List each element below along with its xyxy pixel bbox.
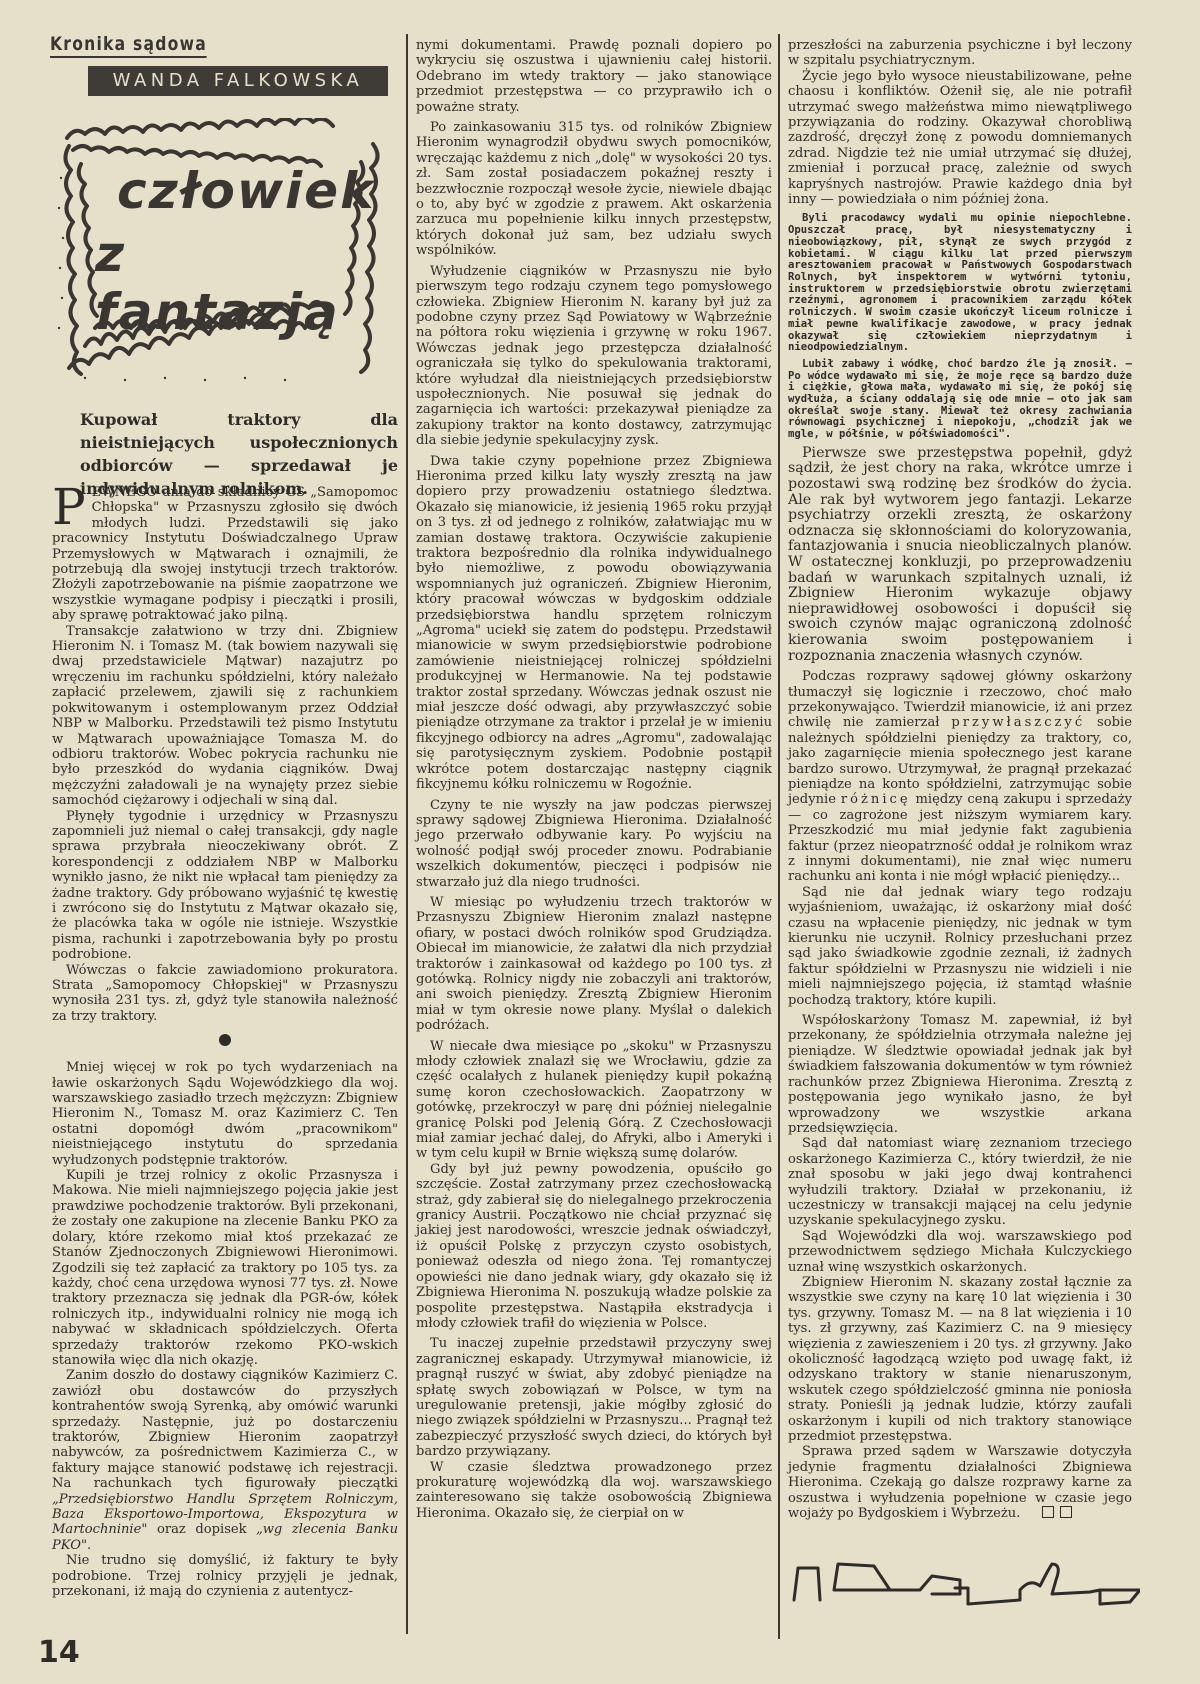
paragraph: Sąd nie dał jednak wiary tego rodzaju wy… (788, 885, 1132, 1008)
paragraph: Lubił zabawy i wódkę, choć bardzo źle ją… (788, 359, 1132, 441)
paragraph: Sąd dał natomiast wiarę zeznaniom trzeci… (788, 1136, 1132, 1228)
paragraph: Zbigniew Hieronim N. skazany został łącz… (788, 1275, 1132, 1444)
column-1: PEWNEGO dnia do składnicy GS „Samopomoc … (52, 485, 398, 1599)
paragraph: Życie jego było wysoce nieustabilizowane… (788, 69, 1132, 208)
column-divider (778, 34, 780, 1639)
paragraph: Wyłudzenie ciągników w Przasnyszu nie by… (416, 264, 772, 449)
paragraph: Kupili je trzej rolnicy z okolic Przasny… (52, 1168, 398, 1368)
end-mark-icon (1042, 1506, 1054, 1518)
column-2: nymi dokumentami. Prawdę poznali dopiero… (416, 38, 772, 1521)
emphasized-word: różnicę (841, 792, 911, 807)
emphasized-word: przywłaszczyć (951, 715, 1085, 730)
paragraph: Zanim doszło do dostawy ciągników Kazimi… (52, 1368, 398, 1553)
paragraph: Czyny te nie wyszły na jaw podczas pierw… (416, 798, 772, 890)
paragraph: Mniej więcej w rok po tych wydarzeniach … (52, 1060, 398, 1168)
paragraph: W miesiąc po wyłudzeniu trzech traktorów… (416, 895, 772, 1034)
paragraph: Sąd Wojewódzki dla woj. warszawskiego po… (788, 1229, 1132, 1275)
paragraph: PEWNEGO dnia do składnicy GS „Samopomoc … (52, 485, 398, 624)
drop-cap: P (52, 487, 86, 527)
paragraph: Tu inaczej zupełnie przedstawił przyczyn… (416, 1336, 772, 1459)
paragraph: Sprawa przed sądem w Warszawie dotyczyła… (788, 1444, 1132, 1521)
paragraph: Transakcje załatwiono w trzy dni. Zbigni… (52, 624, 398, 809)
paragraph-text: . (87, 1538, 91, 1553)
paragraph: Wówczas o fakcie zawiadomiono prokurator… (52, 963, 398, 1025)
paragraph: przeszłości na zaburzenia psychiczne i b… (788, 38, 1132, 69)
column-divider (406, 34, 408, 1634)
section-kicker: Kronika sądowa (50, 33, 207, 58)
paragraph: nymi dokumentami. Prawdę poznali dopiero… (416, 38, 772, 115)
paragraph-text: Zanim doszło do dostawy ciągników Kazimi… (52, 1368, 398, 1491)
title-box: człowiek z fantazją (55, 118, 385, 383)
paragraph: W czasie śledztwa prowadzonego przez pro… (416, 1460, 772, 1522)
paragraph: Podczas rozprawy sądowej główny oskarżon… (788, 669, 1132, 885)
paragraph: Gdy był już pewny powodzenia, opuściło g… (416, 1162, 772, 1331)
paragraph: Po zainkasowaniu 315 tys. od rolników Zb… (416, 120, 772, 259)
paragraph: Pierwsze swe przestępstwa popełnił, gdyż… (788, 446, 1132, 664)
author-byline: WANDA FALKOWSKA (88, 66, 388, 96)
paragraph: Płynęły tygodnie i urzędnicy w Przasnysz… (52, 809, 398, 963)
article-title-line1: człowiek (117, 162, 375, 220)
paragraph: Byli pracodawcy wydali mu opinie niepoch… (788, 213, 1132, 353)
inset-small-text: Byli pracodawcy wydali mu opinie niepoch… (788, 213, 1132, 440)
paragraph: Nie trudno się domyślić, iż faktury te b… (52, 1553, 398, 1599)
paragraph-text: EWNEGO dnia do składnicy GS „Samopomoc C… (52, 485, 398, 623)
paragraph-text: oraz dopisek (147, 1522, 256, 1537)
paragraph: Dwa takie czyny popełnione przez Zbignie… (416, 454, 772, 793)
page-number: 14 (38, 1635, 80, 1670)
decorative-squiggle-icon (790, 1560, 1140, 1610)
section-break-dot (219, 1034, 231, 1046)
paragraph: Współoskarżony Tomasz M. zapewniał, iż b… (788, 1013, 1132, 1136)
paragraph: W niecałe dwa miesiące po „skoku" w Prza… (416, 1039, 772, 1162)
paragraph-text: Sprawa przed sądem w Warszawie dotyczyła… (788, 1444, 1132, 1521)
end-mark-icon (1060, 1506, 1072, 1518)
column-3: przeszłości na zaburzenia psychiczne i b… (788, 38, 1132, 1521)
article-title-line2: z fantazją (95, 225, 385, 341)
